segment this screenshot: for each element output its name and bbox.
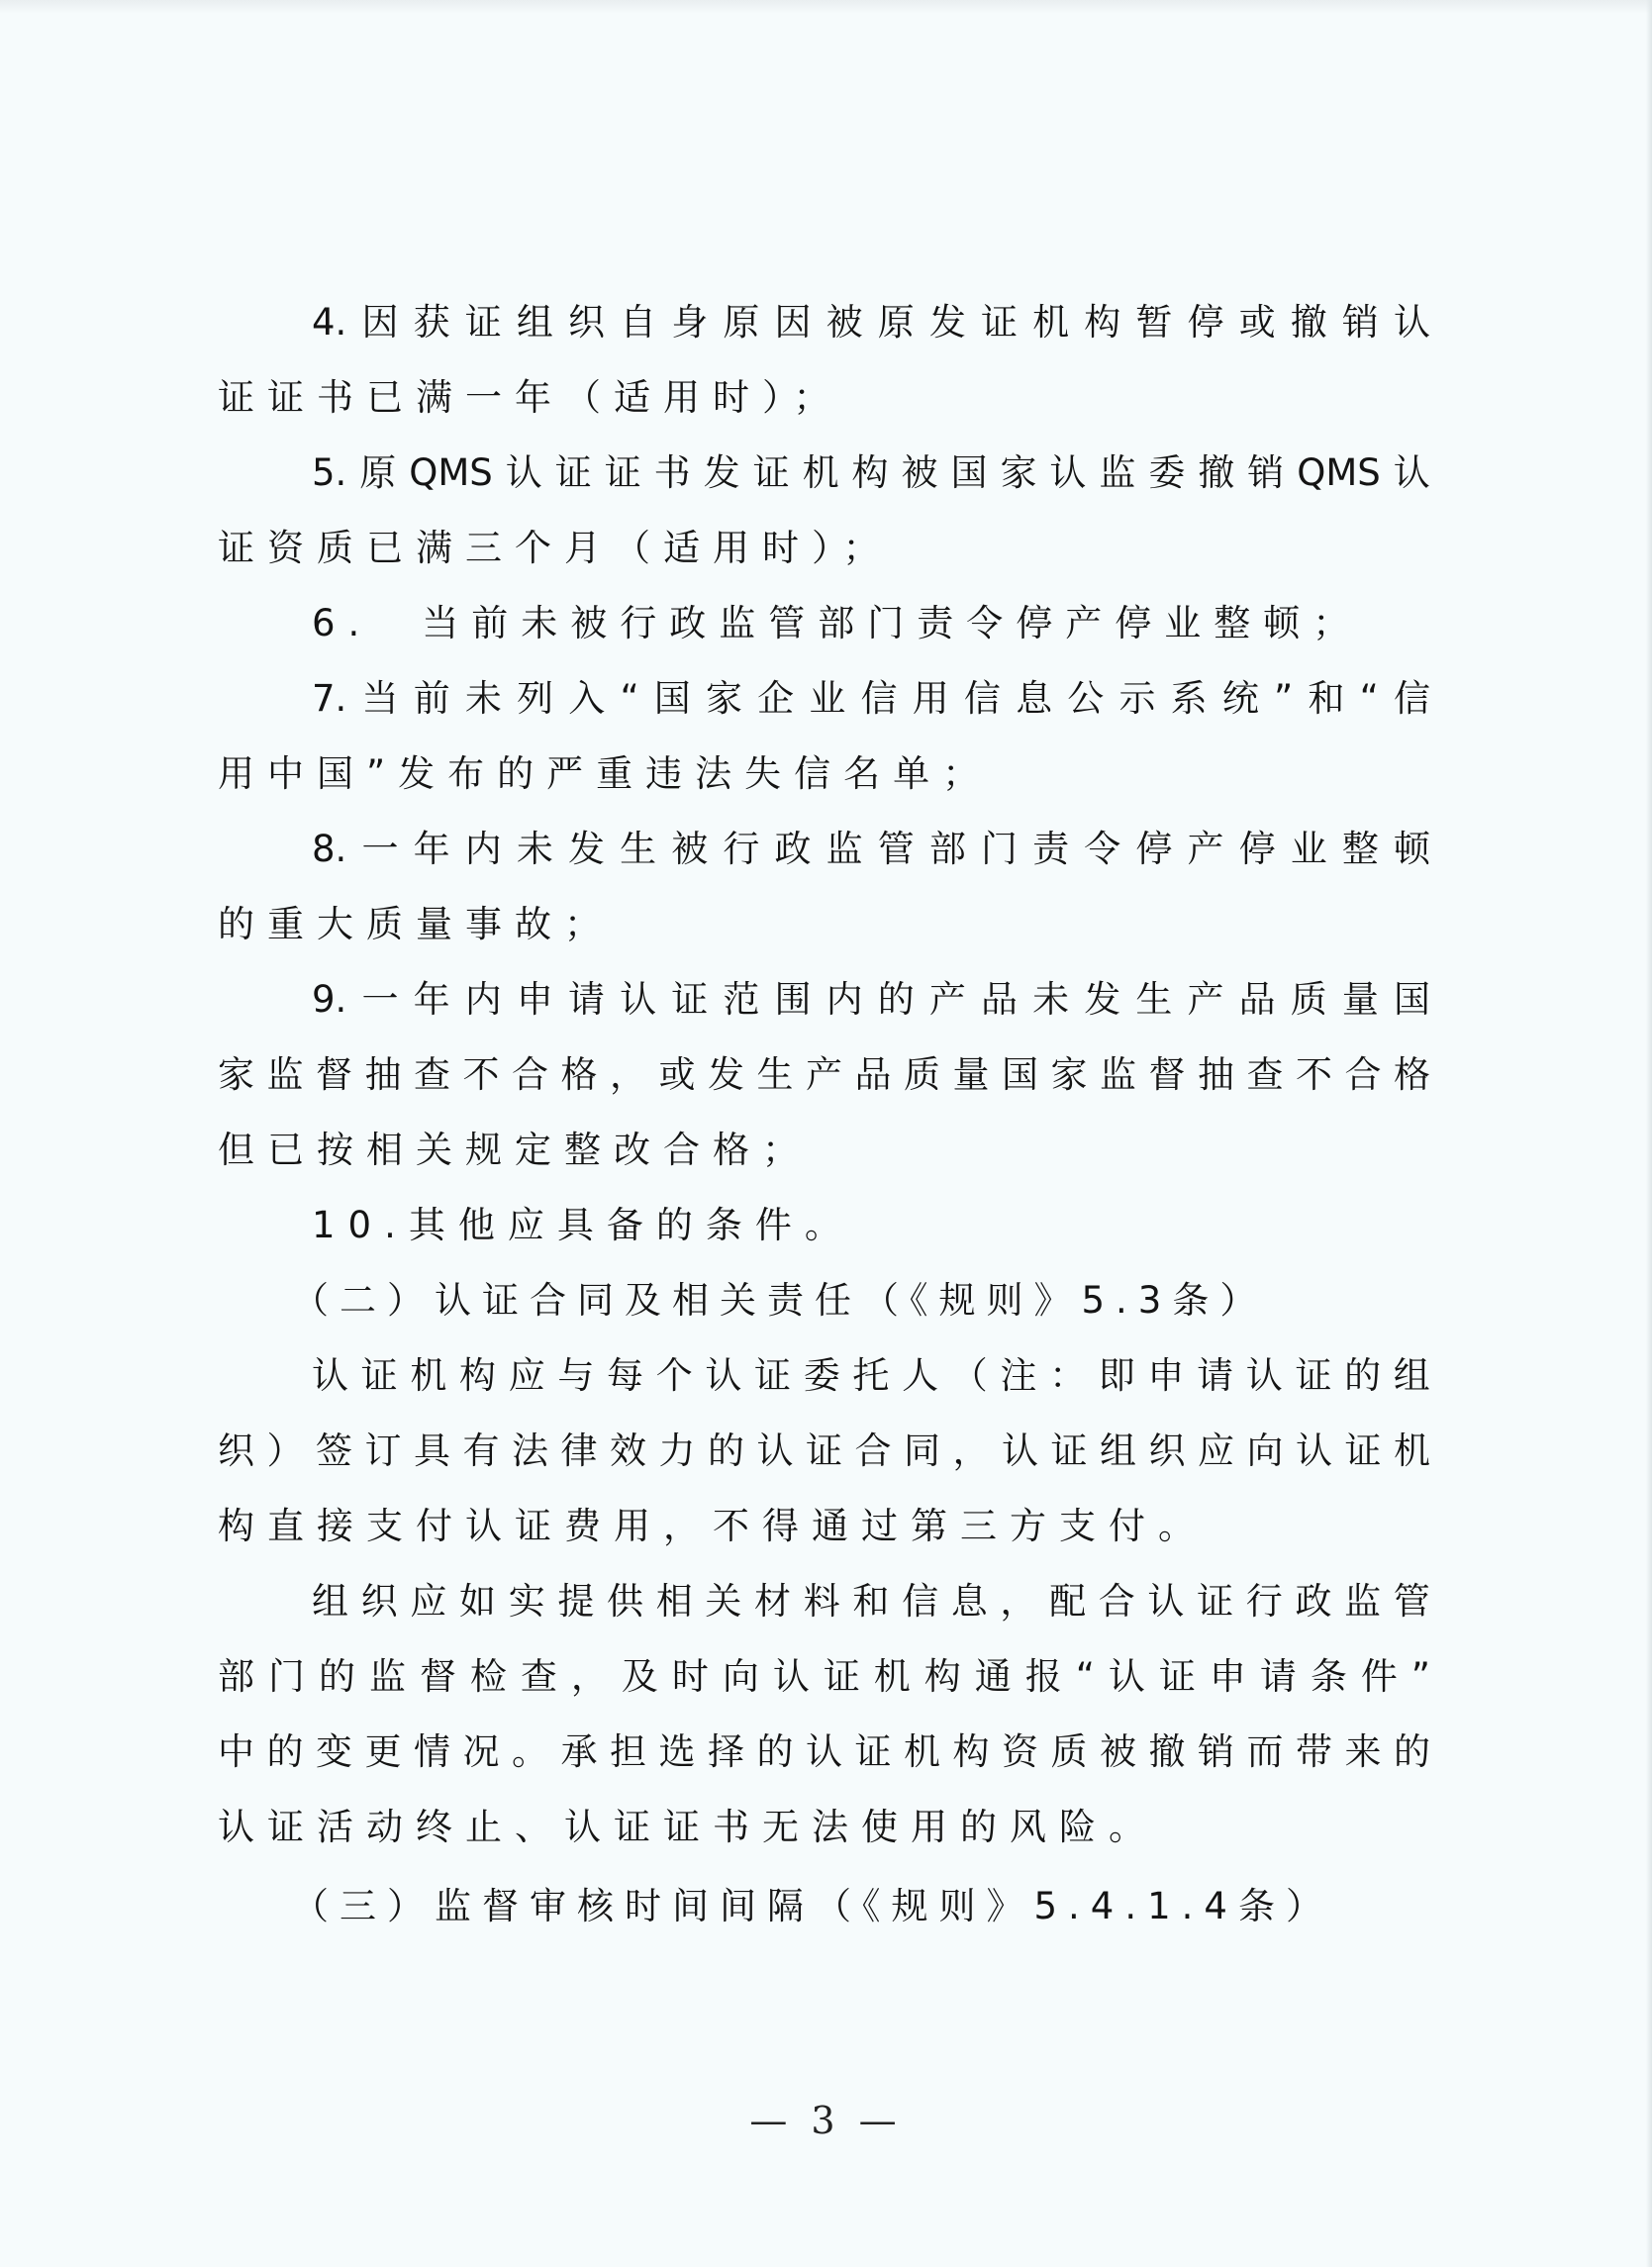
glyph: 顿	[1394, 820, 1430, 879]
glyph: 品	[1239, 970, 1276, 1030]
glyph: 质	[904, 1045, 940, 1105]
glyph: 机	[874, 1647, 911, 1707]
glyph: 未	[465, 669, 502, 729]
glyph: 量	[1342, 970, 1379, 1030]
section-3-heading-text: （三）监督审核时间间隔（《规则》5.4.1.4条）	[292, 1877, 1333, 1936]
glyph: 当	[362, 669, 399, 729]
glyph: 来	[1345, 1723, 1382, 1782]
glyph: 请	[568, 970, 605, 1030]
glyph: 认	[1394, 444, 1430, 503]
glyph: 证	[824, 1647, 860, 1707]
glyph: 情	[414, 1723, 450, 1782]
glyph: 内	[826, 970, 863, 1030]
section-2-para-2-line-4: 认证活动终止、认证证书无法使用的风险。	[218, 1798, 1430, 1857]
item-9-line-3-text: 但已按相关规定整改合格；	[218, 1121, 812, 1180]
glyph: 证	[605, 444, 641, 503]
glyph: 证	[1051, 1422, 1088, 1481]
glyph: QMS	[409, 444, 493, 503]
glyph: 请	[1197, 1346, 1233, 1406]
glyph: ）	[267, 1422, 304, 1481]
glyph: 证	[1295, 1346, 1331, 1406]
glyph: 未	[1032, 970, 1069, 1030]
item-6-line-1: 6. 当前未被行政监管部门责令停产停业整顿；	[312, 594, 1430, 653]
glyph: 织	[361, 1572, 398, 1631]
glyph: 自	[620, 293, 656, 352]
glyph: 7.	[312, 669, 346, 729]
glyph: 撤	[1149, 1723, 1186, 1782]
glyph: ，	[610, 1045, 646, 1105]
item-4-line-1: 4.因获证组织自身原因被原发证机构暂停或撤销认	[312, 293, 1430, 352]
glyph: 择	[708, 1723, 744, 1782]
glyph: 个	[656, 1346, 693, 1406]
glyph: 身	[671, 293, 708, 352]
glyph: 或	[659, 1045, 696, 1105]
glyph: 格	[1394, 1045, 1430, 1105]
glyph: 监	[267, 1045, 304, 1105]
glyph: ，	[571, 1647, 608, 1707]
glyph: 合	[1345, 1045, 1382, 1105]
item-9-line-2: 家监督抽查不合格，或发生产品质量国家监督抽查不合格	[218, 1045, 1430, 1105]
glyph: 担	[610, 1723, 646, 1782]
glyph: 力	[659, 1422, 696, 1481]
glyph: 查	[521, 1647, 557, 1707]
glyph: 产	[1187, 970, 1223, 1030]
item-10-line-1-text: 10.其他应具备的条件。	[312, 1196, 854, 1255]
glyph: 织	[218, 1422, 254, 1481]
glyph: 监	[1099, 444, 1135, 503]
glyph: 选	[659, 1723, 696, 1782]
glyph: 合	[1099, 1572, 1135, 1631]
glyph: 证	[465, 293, 502, 352]
glyph: 委	[1148, 444, 1185, 503]
glyph: 停	[1239, 820, 1276, 879]
glyph: 查	[414, 1045, 450, 1105]
glyph: 托	[852, 1346, 889, 1406]
glyph: 应	[410, 1572, 446, 1631]
glyph: 认	[757, 1422, 794, 1481]
glyph: 组	[312, 1572, 348, 1631]
glyph: ”	[1274, 669, 1293, 729]
glyph: 部	[929, 820, 966, 879]
glyph: 承	[561, 1723, 598, 1782]
section-2-para-2-line-1: 组织应如实提供相关材料和信息，配合认证行政监管	[312, 1572, 1430, 1631]
item-4-line-2: 证证书已满一年（适用时）；	[218, 368, 1430, 428]
glyph: 被	[826, 293, 863, 352]
glyph: 因	[774, 293, 811, 352]
glyph: 证	[555, 444, 592, 503]
glyph: 证	[754, 1346, 791, 1406]
glyph: 品	[855, 1045, 892, 1105]
glyph: 示	[1118, 669, 1155, 729]
glyph: 4.	[312, 293, 346, 352]
glyph: 政	[1295, 1572, 1331, 1631]
glyph: ，	[953, 1422, 990, 1481]
item-9-line-1: 9.一年内申请认证范围内的产品未发生产品质量国	[312, 970, 1430, 1030]
glyph: 息	[951, 1572, 988, 1631]
item-7-line-1: 7.当前未列入“国家企业信用信息公示系统”和“信	[312, 669, 1430, 729]
glyph: 质	[1051, 1723, 1088, 1782]
glyph: 格	[561, 1045, 598, 1105]
glyph: 不	[463, 1045, 500, 1105]
glyph: 带	[1296, 1723, 1332, 1782]
glyph: 况	[463, 1723, 500, 1782]
glyph: 相	[656, 1572, 693, 1631]
glyph: 构	[1084, 293, 1120, 352]
glyph: 组	[1394, 1346, 1430, 1406]
glyph: “	[620, 669, 638, 729]
glyph: 销	[1198, 1723, 1234, 1782]
glyph: 家	[706, 669, 742, 729]
item-5-line-2: 证资质已满三个月（适用时）；	[218, 519, 1430, 578]
glyph: 请	[1260, 1647, 1297, 1707]
glyph: 管	[878, 820, 915, 879]
glyph: 构	[459, 1346, 496, 1406]
glyph: 国	[1002, 1045, 1038, 1105]
glyph: 的	[267, 1723, 304, 1782]
glyph: 监	[1344, 1572, 1381, 1631]
glyph: 国	[654, 669, 691, 729]
glyph: 撤	[1291, 293, 1327, 352]
item-8-line-1: 8.一年内未发生被行政监管部门责令停产停业整顿	[312, 820, 1430, 879]
glyph: 量	[953, 1045, 990, 1105]
glyph: 织	[1149, 1422, 1186, 1481]
glyph: 家	[218, 1045, 254, 1105]
item-7-line-2: 用中国”发布的严重违法失信名单；	[218, 744, 1430, 804]
glyph: 构	[924, 1647, 961, 1707]
glyph: 认	[1109, 1647, 1145, 1707]
glyph: 证	[671, 970, 708, 1030]
glyph: （	[951, 1346, 988, 1406]
glyph: 。	[512, 1723, 548, 1782]
glyph: 生	[620, 820, 656, 879]
glyph: 证	[1159, 1647, 1196, 1707]
item-7-line-2-text: 用中国”发布的严重违法失信名单；	[218, 744, 992, 804]
glyph: 发	[708, 1045, 744, 1105]
item-5-line-2-text: 证资质已满三个月（适用时）；	[218, 519, 893, 578]
glyph: 签	[316, 1422, 352, 1481]
glyph: 品	[981, 970, 1018, 1030]
glyph: 机	[904, 1723, 940, 1782]
glyph: 的	[1344, 1346, 1381, 1406]
glyph: 被	[902, 444, 938, 503]
section-2-para-2-line-4-text: 认证活动终止、认证证书无法使用的风险。	[218, 1798, 1158, 1857]
glyph: 件	[1361, 1647, 1398, 1707]
glyph: 律	[561, 1422, 598, 1481]
glyph: “	[1076, 1647, 1095, 1707]
glyph: 系	[1171, 669, 1208, 729]
glyph: 内	[465, 820, 502, 879]
glyph: 的	[1394, 1723, 1430, 1782]
glyph: 即	[1099, 1346, 1135, 1406]
glyph: ，	[1000, 1572, 1036, 1631]
glyph: 范	[723, 970, 759, 1030]
glyph: 整	[1342, 820, 1379, 879]
glyph: 行	[723, 820, 759, 879]
glyph: 年	[414, 820, 450, 879]
glyph: 管	[1394, 1572, 1430, 1631]
glyph: 督	[316, 1045, 352, 1105]
glyph: 及	[622, 1647, 658, 1707]
glyph: 信	[1394, 669, 1430, 729]
glyph: 每	[607, 1346, 643, 1406]
glyph: 原	[878, 293, 915, 352]
glyph: 法	[512, 1422, 548, 1481]
section-2-para-2-line-2: 部门的监督检查，及时向认证机构通报“认证申请条件”	[218, 1647, 1430, 1707]
glyph: 查	[1247, 1045, 1284, 1105]
glyph: 公	[1067, 669, 1104, 729]
glyph: ：	[1049, 1346, 1086, 1406]
glyph: 国	[1394, 970, 1430, 1030]
glyph: 的	[878, 970, 915, 1030]
glyph: 暂	[1135, 293, 1172, 352]
glyph: 实	[509, 1572, 545, 1631]
page-number: — 3 —	[0, 2099, 1652, 2142]
glyph: 停	[1187, 293, 1223, 352]
glyph: 发	[929, 293, 966, 352]
glyph: 部	[218, 1647, 254, 1707]
glyph: 企	[757, 669, 794, 729]
glyph: 8.	[312, 820, 346, 879]
glyph: 更	[365, 1723, 402, 1782]
glyph: 证	[855, 1723, 892, 1782]
glyph: 认	[620, 970, 656, 1030]
glyph: 被	[671, 820, 708, 879]
glyph: 如	[459, 1572, 496, 1631]
glyph: 具	[414, 1422, 450, 1481]
glyph: 申	[1210, 1647, 1246, 1707]
glyph: 料	[804, 1572, 840, 1631]
glyph: 变	[316, 1723, 352, 1782]
glyph: 和	[1308, 669, 1344, 729]
glyph: 与	[557, 1346, 594, 1406]
glyph: 或	[1239, 293, 1276, 352]
glyph: 5.	[312, 444, 346, 503]
glyph: 委	[804, 1346, 840, 1406]
item-9-line-3: 但已按相关规定整改合格；	[218, 1121, 1430, 1180]
glyph: 机	[1032, 293, 1069, 352]
glyph: 抽	[365, 1045, 402, 1105]
glyph: 监	[826, 820, 863, 879]
glyph: 国	[950, 444, 987, 503]
glyph: 息	[1016, 669, 1052, 729]
glyph: 配	[1049, 1572, 1086, 1631]
glyph: 申	[1147, 1346, 1184, 1406]
section-2-para-2-line-3: 中的变更情况。承担选择的认证机构资质被撤销而带来的	[218, 1723, 1430, 1782]
glyph: 围	[774, 970, 811, 1030]
glyph: 申	[517, 970, 553, 1030]
glyph: 家	[1000, 444, 1036, 503]
section-2-para-1-line-2: 织）签订具有法律效力的认证合同，认证组织应向认证机	[218, 1422, 1430, 1481]
glyph: 监	[1100, 1045, 1136, 1105]
section-3-heading: （三）监督审核时间间隔（《规则》5.4.1.4条）	[292, 1877, 1333, 1936]
glyph: 的	[708, 1422, 744, 1481]
glyph: 证	[753, 444, 790, 503]
glyph: 销	[1247, 444, 1284, 503]
glyph: 生	[1135, 970, 1172, 1030]
glyph: 督	[1149, 1045, 1186, 1105]
glyph: 证	[1197, 1572, 1233, 1631]
glyph: 检	[470, 1647, 507, 1707]
glyph: ”	[1411, 1647, 1430, 1707]
glyph: 认	[312, 1346, 348, 1406]
glyph: 质	[1291, 970, 1327, 1030]
glyph: 产	[1187, 820, 1223, 879]
glyph: 的	[757, 1723, 794, 1782]
glyph: 信	[861, 669, 898, 729]
item-5-line-1: 5.原QMS认证证书发证机构被国家认监委撤销QMS认	[312, 444, 1430, 503]
glyph: 业	[1291, 820, 1327, 879]
glyph: 认	[1147, 1572, 1184, 1631]
glyph: 应	[509, 1346, 545, 1406]
glyph: 证	[806, 1422, 842, 1481]
glyph: 供	[607, 1572, 643, 1631]
glyph: 发	[704, 444, 740, 503]
glyph: 有	[463, 1422, 500, 1481]
glyph: 资	[1002, 1723, 1038, 1782]
glyph: 构	[953, 1723, 990, 1782]
glyph: 产	[806, 1045, 842, 1105]
glyph: 认	[1002, 1422, 1038, 1481]
glyph: 门	[268, 1647, 305, 1707]
glyph: 应	[1198, 1422, 1234, 1481]
glyph: 组	[1100, 1422, 1136, 1481]
glyph: 责	[1032, 820, 1069, 879]
glyph: 政	[774, 820, 811, 879]
glyph: 信	[964, 669, 1001, 729]
glyph: 合	[512, 1045, 548, 1105]
glyph: 用	[913, 669, 949, 729]
glyph: 机	[410, 1346, 446, 1406]
glyph: 原	[359, 444, 396, 503]
glyph: 撤	[1198, 444, 1234, 503]
glyph: 统	[1222, 669, 1259, 729]
glyph: 一	[361, 820, 398, 879]
glyph: 订	[365, 1422, 402, 1481]
document-page: 4.因获证组织自身原因被原发证机构暂停或撤销认 证证书已满一年（适用时）； 5.…	[0, 0, 1652, 2267]
glyph: 行	[1246, 1572, 1283, 1631]
glyph: 产	[929, 970, 966, 1030]
glyph: 向	[723, 1647, 759, 1707]
glyph: 认	[506, 444, 542, 503]
glyph: 因	[361, 293, 398, 352]
glyph: 认	[806, 1723, 842, 1782]
glyph: 通	[975, 1647, 1012, 1707]
glyph: 机	[803, 444, 839, 503]
section-2-heading: （二）认证合同及相关责任（《规则》5.3条）	[292, 1271, 1267, 1331]
glyph: 发	[568, 820, 605, 879]
glyph: 人	[902, 1346, 938, 1406]
glyph: 效	[610, 1422, 646, 1481]
section-2-para-1-line-3-text: 构直接支付认证费用，不得通过第三方支付。	[218, 1497, 1208, 1556]
glyph: 和	[852, 1572, 889, 1631]
glyph: 发	[1084, 970, 1120, 1030]
glyph: 提	[557, 1572, 594, 1631]
section-2-heading-text: （二）认证合同及相关责任（《规则》5.3条）	[292, 1271, 1267, 1331]
glyph: QMS	[1297, 444, 1381, 503]
glyph: 条	[1311, 1647, 1347, 1707]
glyph: 而	[1247, 1723, 1284, 1782]
glyph: 家	[1051, 1045, 1088, 1105]
glyph: 证	[1345, 1422, 1382, 1481]
glyph: 获	[414, 293, 450, 352]
glyph: 前	[414, 669, 450, 729]
glyph: 合	[855, 1422, 892, 1481]
glyph: 入	[568, 669, 605, 729]
glyph: 同	[904, 1422, 940, 1481]
glyph: 机	[1394, 1422, 1430, 1481]
section-2-para-1-line-1: 认证机构应与每个认证委托人（注：即申请认证的组	[312, 1346, 1430, 1406]
glyph: 组	[517, 293, 553, 352]
glyph: 向	[1247, 1422, 1284, 1481]
item-10-line-1: 10.其他应具备的条件。	[312, 1196, 1430, 1255]
glyph: 认	[773, 1647, 810, 1707]
glyph: 认	[1296, 1422, 1332, 1481]
glyph: 证	[981, 293, 1018, 352]
glyph: 监	[369, 1647, 406, 1707]
glyph: 材	[754, 1572, 791, 1631]
glyph: 抽	[1198, 1045, 1234, 1105]
glyph: 年	[414, 970, 450, 1030]
glyph: 报	[1025, 1647, 1062, 1707]
glyph: 中	[218, 1723, 254, 1782]
glyph: 不	[1296, 1045, 1332, 1105]
glyph: 未	[517, 820, 553, 879]
glyph: 停	[1135, 820, 1172, 879]
glyph: 销	[1342, 293, 1379, 352]
section-2-para-1-line-3: 构直接支付认证费用，不得通过第三方支付。	[218, 1497, 1430, 1556]
item-6-line-1-text: 6. 当前未被行政监管部门责令停产停业整顿；	[312, 594, 1362, 653]
glyph: 9.	[312, 970, 346, 1030]
glyph: 认	[705, 1346, 741, 1406]
glyph: 认	[1394, 293, 1430, 352]
glyph: 被	[1100, 1723, 1136, 1782]
glyph: 构	[852, 444, 889, 503]
glyph: 业	[809, 669, 845, 729]
glyph: 一	[361, 970, 398, 1030]
item-8-line-2-text: 的重大质量事故；	[218, 895, 614, 954]
glyph: “	[1360, 669, 1379, 729]
glyph: 列	[517, 669, 553, 729]
glyph: 时	[672, 1647, 709, 1707]
glyph: 督	[420, 1647, 456, 1707]
glyph: 织	[568, 293, 605, 352]
glyph: 证	[361, 1346, 398, 1406]
glyph: 书	[654, 444, 691, 503]
glyph: 生	[757, 1045, 794, 1105]
glyph: 认	[1049, 444, 1086, 503]
glyph: 原	[723, 293, 759, 352]
glyph: 门	[981, 820, 1018, 879]
glyph: 信	[902, 1572, 938, 1631]
glyph: 注	[1000, 1346, 1036, 1406]
item-4-line-2-text: 证证书已满一年（适用时）；	[218, 368, 843, 428]
glyph: 关	[705, 1572, 741, 1631]
glyph: 内	[465, 970, 502, 1030]
glyph: 令	[1084, 820, 1120, 879]
glyph: 的	[319, 1647, 355, 1707]
glyph: 认	[1246, 1346, 1283, 1406]
item-8-line-2: 的重大质量事故；	[218, 895, 1430, 954]
